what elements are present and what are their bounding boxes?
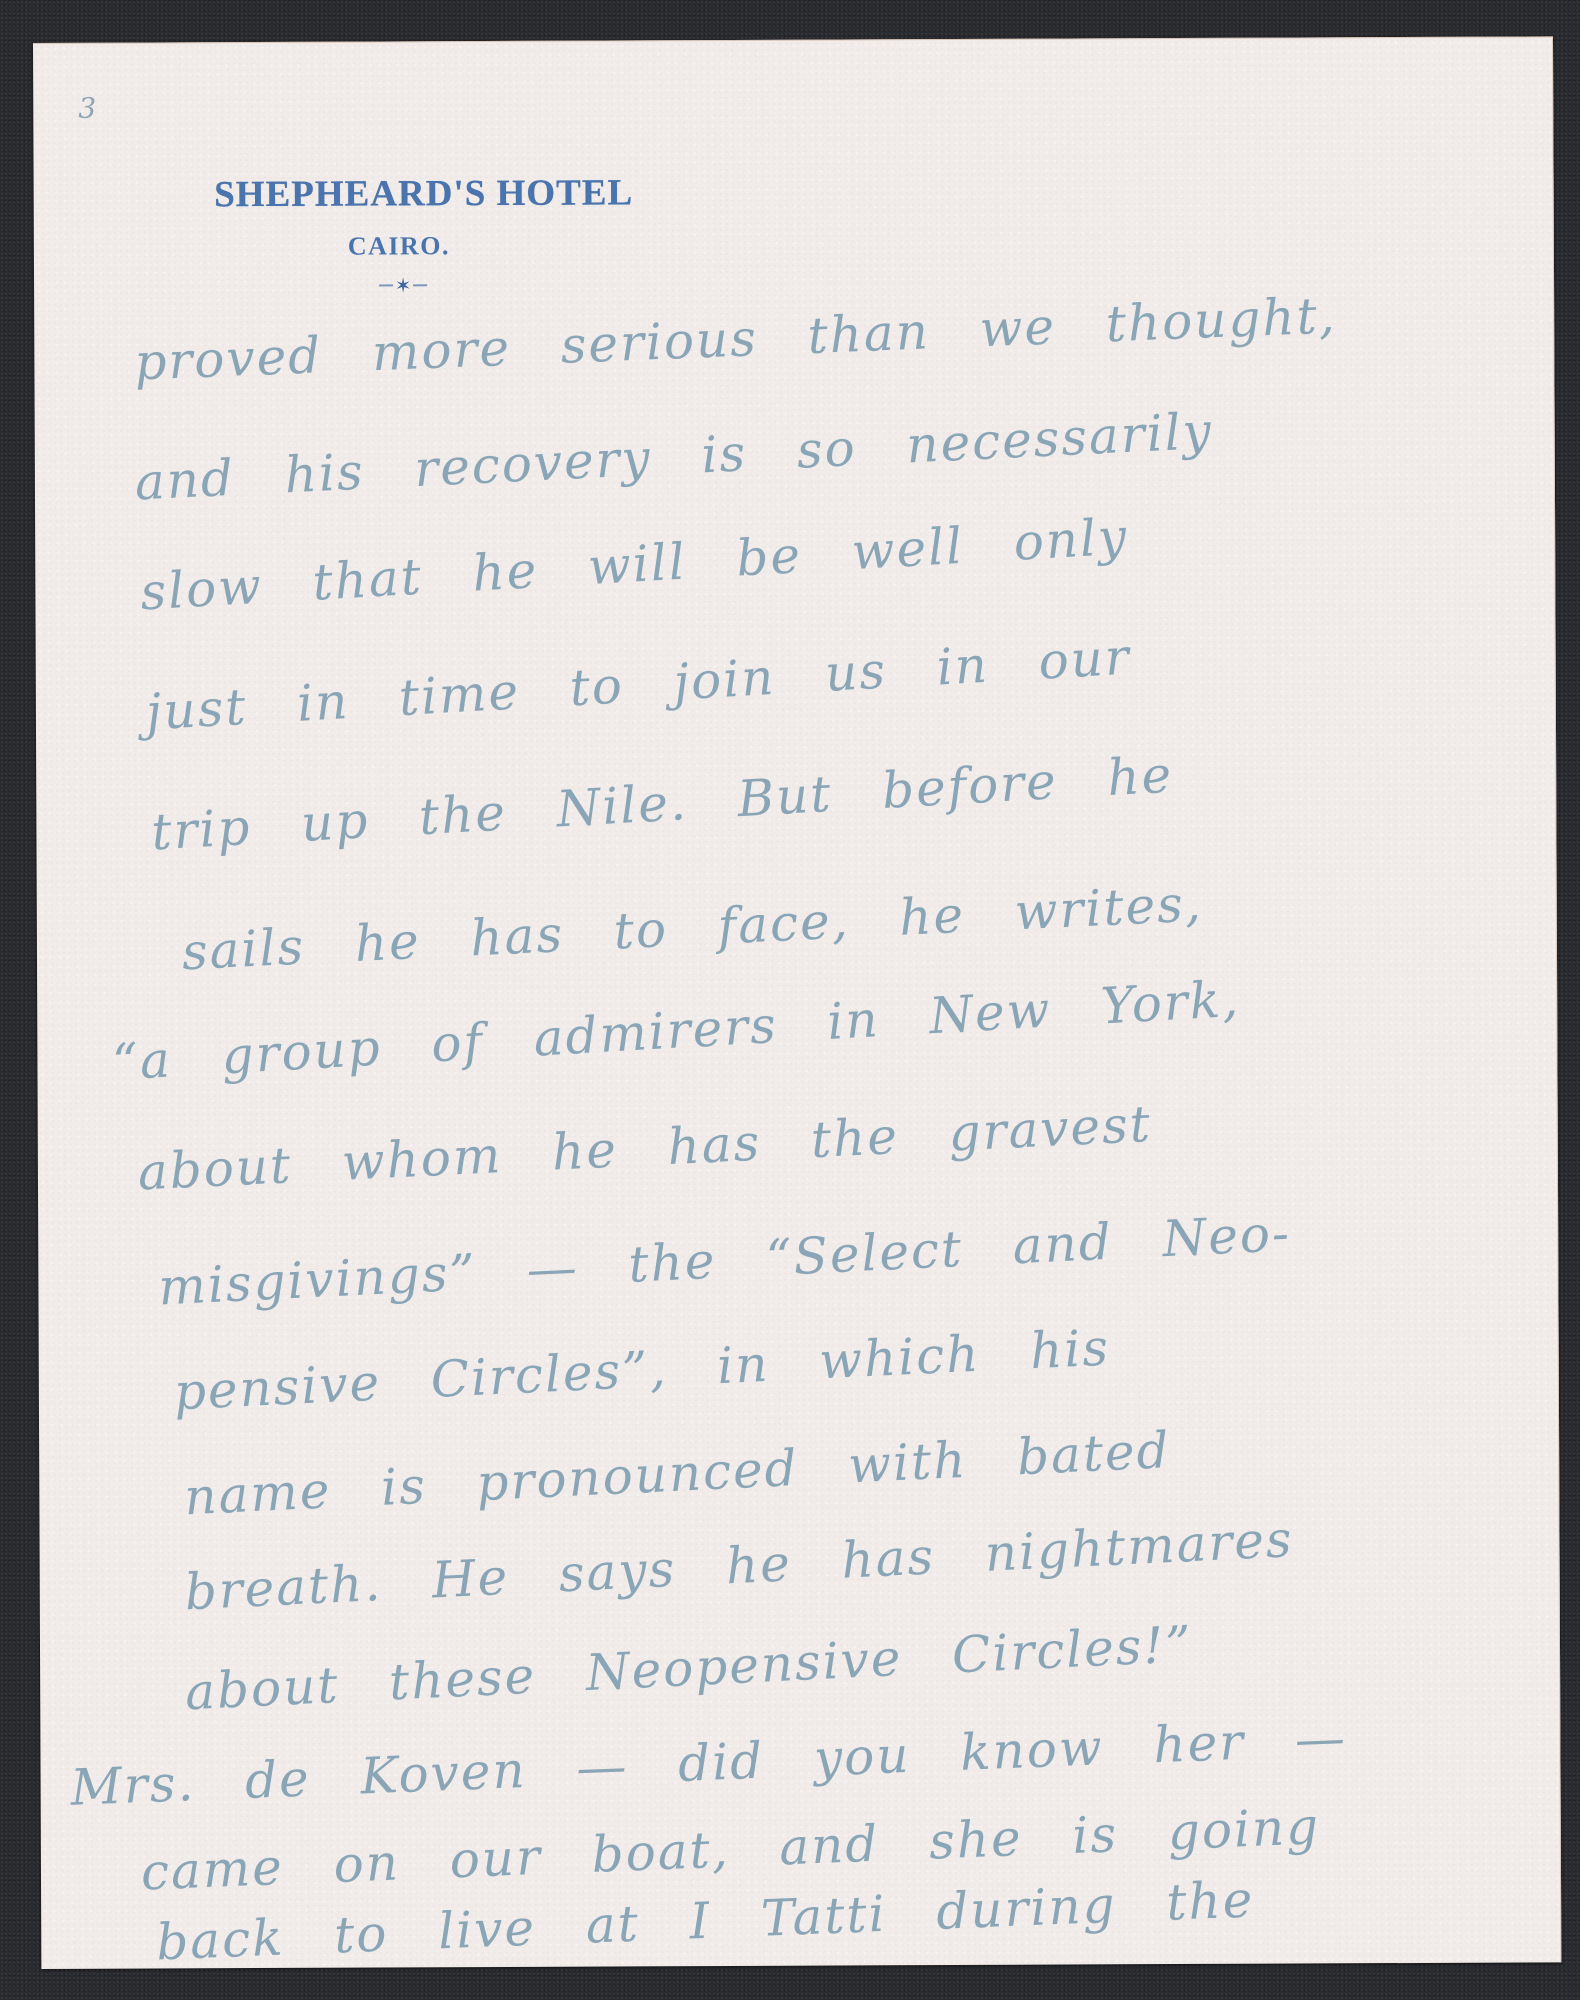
ornament-rule-left — [379, 284, 393, 286]
handwritten-line: just in time to join us in our — [144, 628, 1132, 742]
handwritten-line: about whom he has the gravest — [137, 1095, 1153, 1202]
handwritten-line: proved more serious than we thought, — [133, 286, 1337, 391]
handwritten-line: Mrs. de Koven — did you know her — — [69, 1709, 1347, 1817]
letterhead-ornament: ✶ — [137, 274, 669, 296]
handwritten-line: misgivings” — the “Select and Neo- — [157, 1204, 1292, 1316]
star-icon: ✶ — [395, 275, 412, 295]
handwritten-line: pensive Circles”, in which his — [172, 1318, 1111, 1421]
handwritten-line: “a group of admirers in New York, — [111, 970, 1242, 1092]
hotel-name: SHEPHEARD'S HOTEL — [179, 171, 669, 216]
handwritten-line: name is pronounced with bated — [183, 1421, 1172, 1526]
letter-page: 3 SHEPHEARD'S HOTEL CAIRO. ✶ proved more… — [33, 36, 1561, 1969]
hotel-city: CAIRO. — [129, 230, 669, 262]
handwritten-line: slow that he will be well only — [139, 508, 1130, 622]
handwritten-line: about these Neopensive Circles!” — [184, 1615, 1194, 1721]
handwritten-line: sails he has to face, he writes, — [181, 874, 1204, 981]
letterhead: SHEPHEARD'S HOTEL CAIRO. ✶ — [189, 171, 670, 296]
page-number: 3 — [78, 92, 96, 125]
handwritten-line: trip up the Nile. But before he — [150, 746, 1175, 862]
ornament-rule-right — [413, 284, 427, 286]
handwritten-line: and his recovery is so necessarily — [134, 402, 1215, 512]
handwritten-line: breath. He says he has nightmares — [183, 1510, 1294, 1621]
